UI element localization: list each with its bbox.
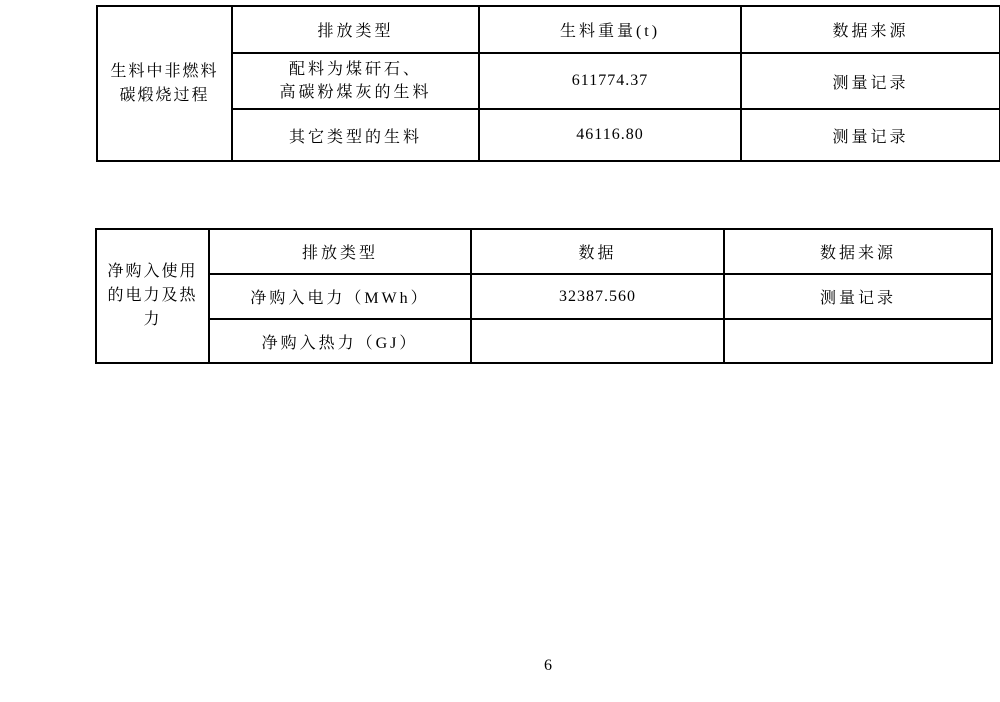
table2-row1-value: 32387.560 xyxy=(471,274,724,319)
table2-row2-data-source xyxy=(724,319,992,363)
table-row: 其它类型的生料 46116.80 测量记录 xyxy=(97,109,1000,161)
table1-row1-emission-type: 配料为煤矸石、 高碳粉煤灰的生料 xyxy=(232,53,479,109)
document-page: { "page": { "number": "6", "background_c… xyxy=(0,0,1000,702)
table-row: 净购入热力（GJ） xyxy=(96,319,992,363)
table1-group-label: 生料中非燃料 碳煅烧过程 xyxy=(97,6,232,161)
table1-row2-data-source: 测量记录 xyxy=(741,109,1000,161)
table1-row1-data-source: 测量记录 xyxy=(741,53,1000,109)
page-number: 6 xyxy=(528,657,568,675)
table-row: 净购入电力（MWh） 32387.560 测量记录 xyxy=(96,274,992,319)
net-purchased-energy-table: 净购入使用 的电力及热 力 排放类型 数据 数据来源 净购入电力（MWh） 32… xyxy=(95,228,993,364)
table1-header-emission-type: 排放类型 xyxy=(232,6,479,53)
table1-header-data-source: 数据来源 xyxy=(741,6,1000,53)
table1-row2-value: 46116.80 xyxy=(479,109,741,161)
table1-header-raw-meal-weight: 生料重量(t) xyxy=(479,6,741,53)
raw-meal-calcination-table: 生料中非燃料 碳煅烧过程 排放类型 生料重量(t) 数据来源 配料为煤矸石、 高… xyxy=(96,5,1000,162)
table2-row2-value xyxy=(471,319,724,363)
table2-row1-emission-type: 净购入电力（MWh） xyxy=(209,274,471,319)
table-row: 配料为煤矸石、 高碳粉煤灰的生料 611774.37 测量记录 xyxy=(97,53,1000,109)
table2-header-data-source: 数据来源 xyxy=(724,229,992,274)
table2-header-data: 数据 xyxy=(471,229,724,274)
table2-row2-emission-type: 净购入热力（GJ） xyxy=(209,319,471,363)
table2-group-label: 净购入使用 的电力及热 力 xyxy=(96,229,209,363)
table2-row1-data-source: 测量记录 xyxy=(724,274,992,319)
page: 生料中非燃料 碳煅烧过程 排放类型 生料重量(t) 数据来源 配料为煤矸石、 高… xyxy=(0,0,1000,702)
table1-row2-emission-type: 其它类型的生料 xyxy=(232,109,479,161)
table2-header-emission-type: 排放类型 xyxy=(209,229,471,274)
table1-row1-value: 611774.37 xyxy=(479,53,741,109)
